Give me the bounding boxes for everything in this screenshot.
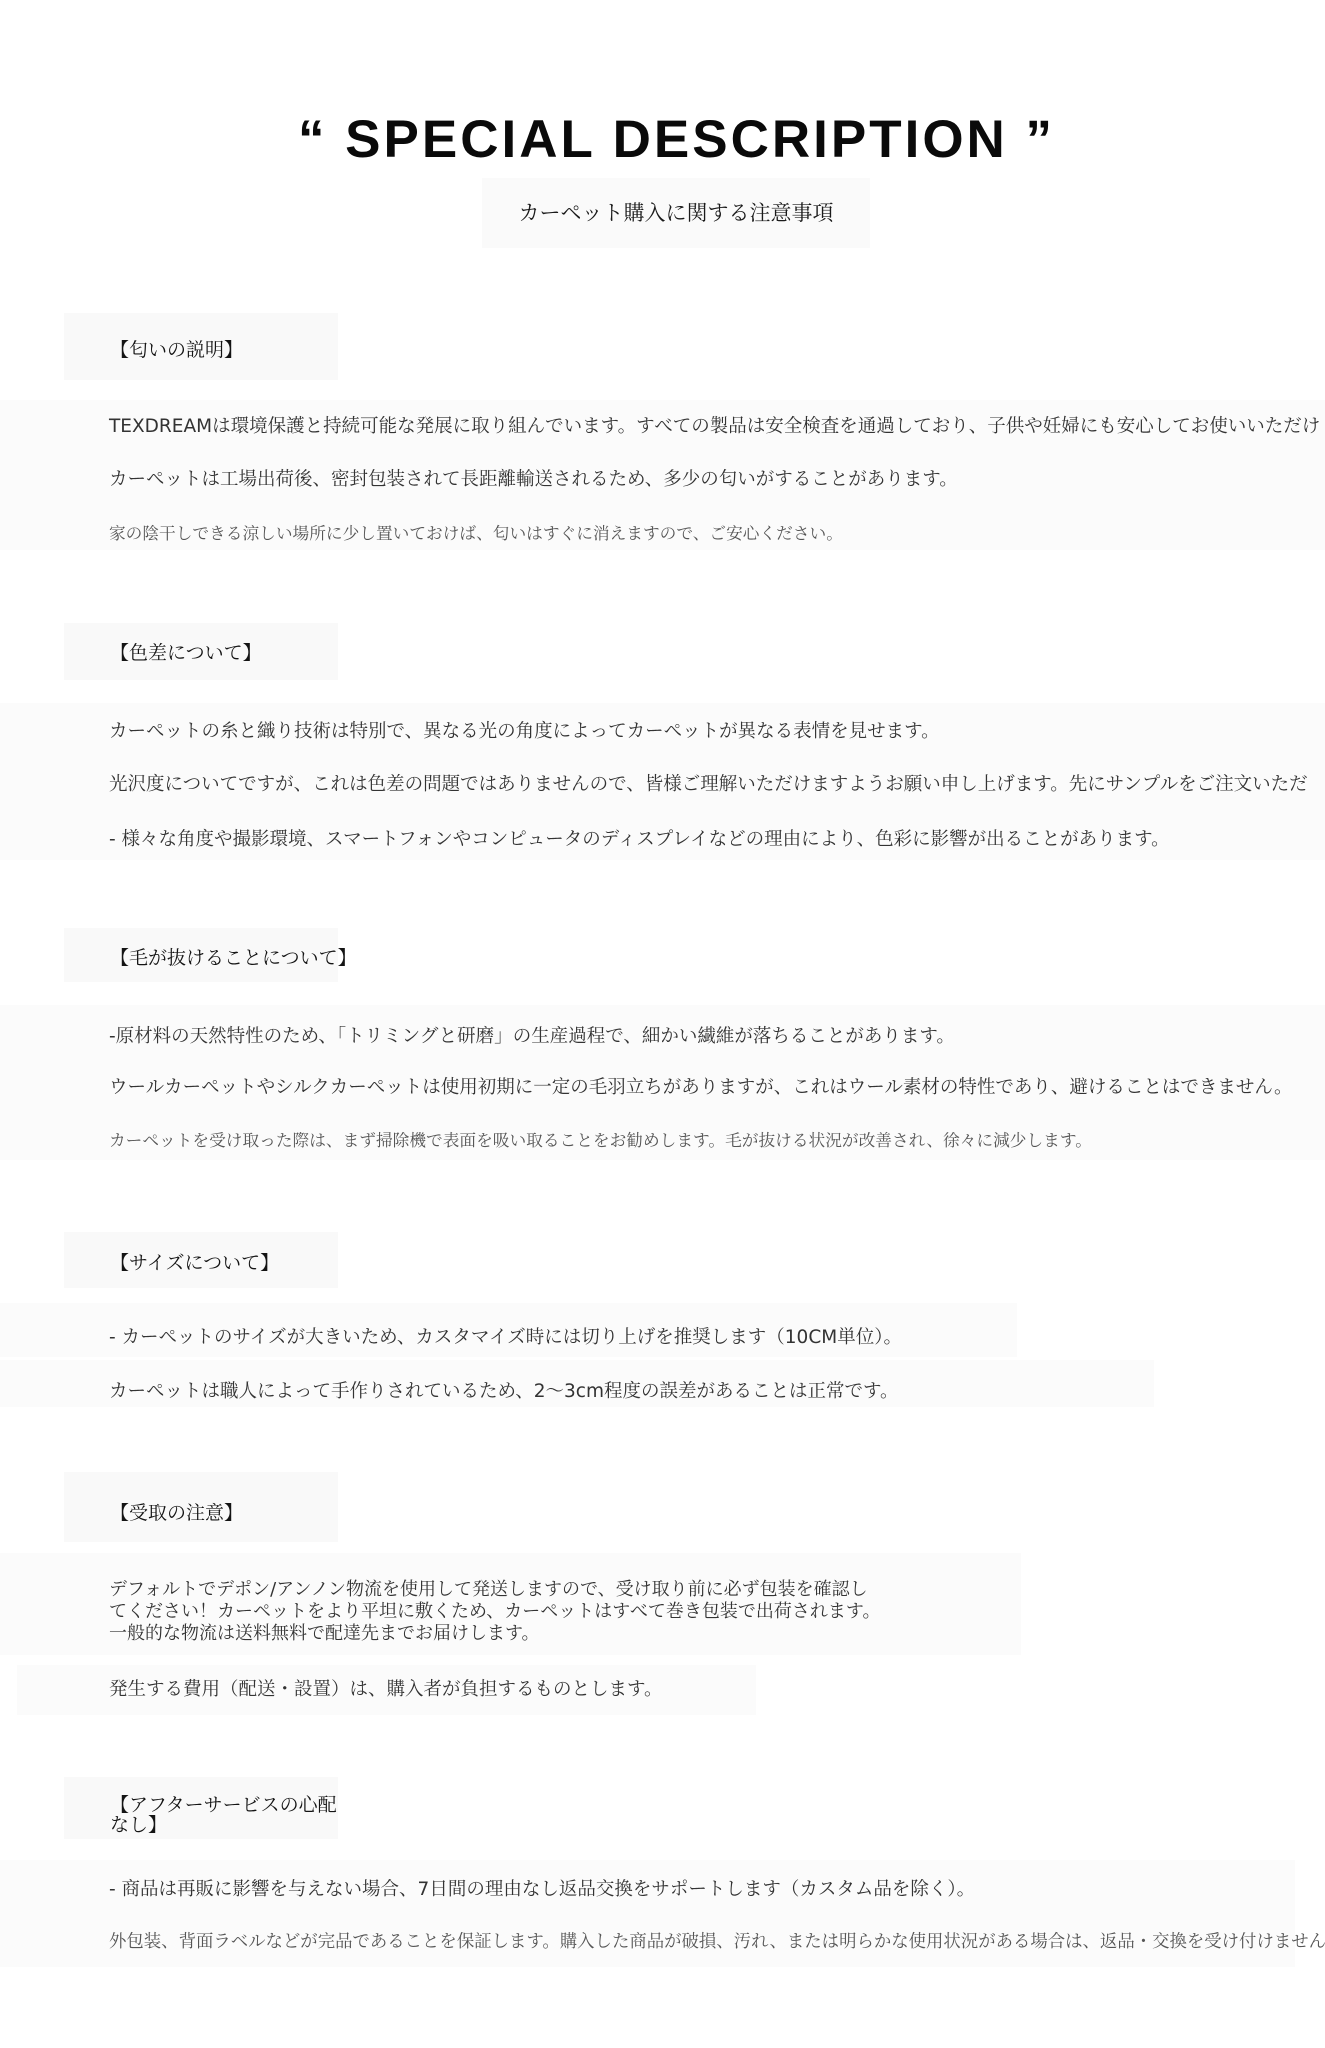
section-heading: 【毛が抜けることについて】 [110,944,357,972]
body-line: 光沢度についてですが、これは色差の問題ではありませんので、皆様ご理解いただけます… [109,771,1308,799]
section-heading-line: 【アフターサービスの心配 [110,1795,337,1815]
section-heading: 【色差について】 [110,639,262,667]
body-line: 一般的な物流は送料無料で配達先までお届けします。 [109,1623,540,1645]
section-heading: 【受取の注意】 [110,1499,243,1527]
body-line: - 様々な角度や撮影環境、スマートフォンやコンピュータのディスプレイなどの理由に… [109,826,1170,854]
body-line: -原材料の天然特性のため、「トリミングと研磨」の生産過程で、細かい繊維が落ちるこ… [109,1023,955,1051]
section-heading: 【サイズについて】 [110,1249,279,1277]
body-line: TEXDREAMは環境保護と持続可能な発展に取り組んでいます。すべての製品は安全… [109,413,1320,441]
body-line: 発生する費用（配送・設置）は、購入者が負担するものとします。 [109,1676,663,1704]
section-heading-line: なし】 [110,1815,337,1835]
body-line: - 商品は再販に影響を与えない場合、7日間の理由なし返品交換をサポートします（カ… [109,1876,975,1904]
body-line: てください！カーペットをより平坦に敷くため、カーペットはすべて巻き包装で出荷され… [109,1601,880,1623]
body-line: ウールカーペットやシルクカーペットは使用初期に一定の毛羽立ちがありますが、これは… [109,1074,1293,1102]
body-line: カーペットは工場出荷後、密封包装されて長距離輸送されるため、多少の匂いがすること… [109,466,958,494]
body-line: - カーペットのサイズが大きいため、カスタマイズ時には切り上げを推奨します（10… [109,1324,902,1352]
section-heading: 【匂いの説明】 [110,336,243,364]
body-line: カーペットは職人によって手作りされているため、2〜3cm程度の誤差があることは正… [109,1378,899,1406]
body-line-note: カーペットを受け取った際は、まず掃除機で表面を吸い取ることをお勧めします。毛が抜… [109,1126,1092,1154]
body-line: デフォルトでデポン/アンノン物流を使用して発送しますので、受け取り前に必ず包装を… [109,1579,868,1601]
body-line-note: 外包装、背面ラベルなどが完品であることを保証します。購入した商品が破損、汚れ、ま… [109,1928,1325,1956]
body-line-note: 家の陰干しできる涼しい場所に少し置いておけば、匂いはすぐに消えますので、ご安心く… [109,519,843,547]
body-line: カーペットの糸と織り技術は特別で、異なる光の角度によってカーペットが異なる表情を… [109,718,940,746]
page-title: “ SPECIAL DESCRIPTION ” [14,110,1325,170]
section-heading: 【アフターサービスの心配 なし】 [110,1795,337,1835]
page-subtitle: カーペット購入に関する注意事項 [482,178,870,248]
